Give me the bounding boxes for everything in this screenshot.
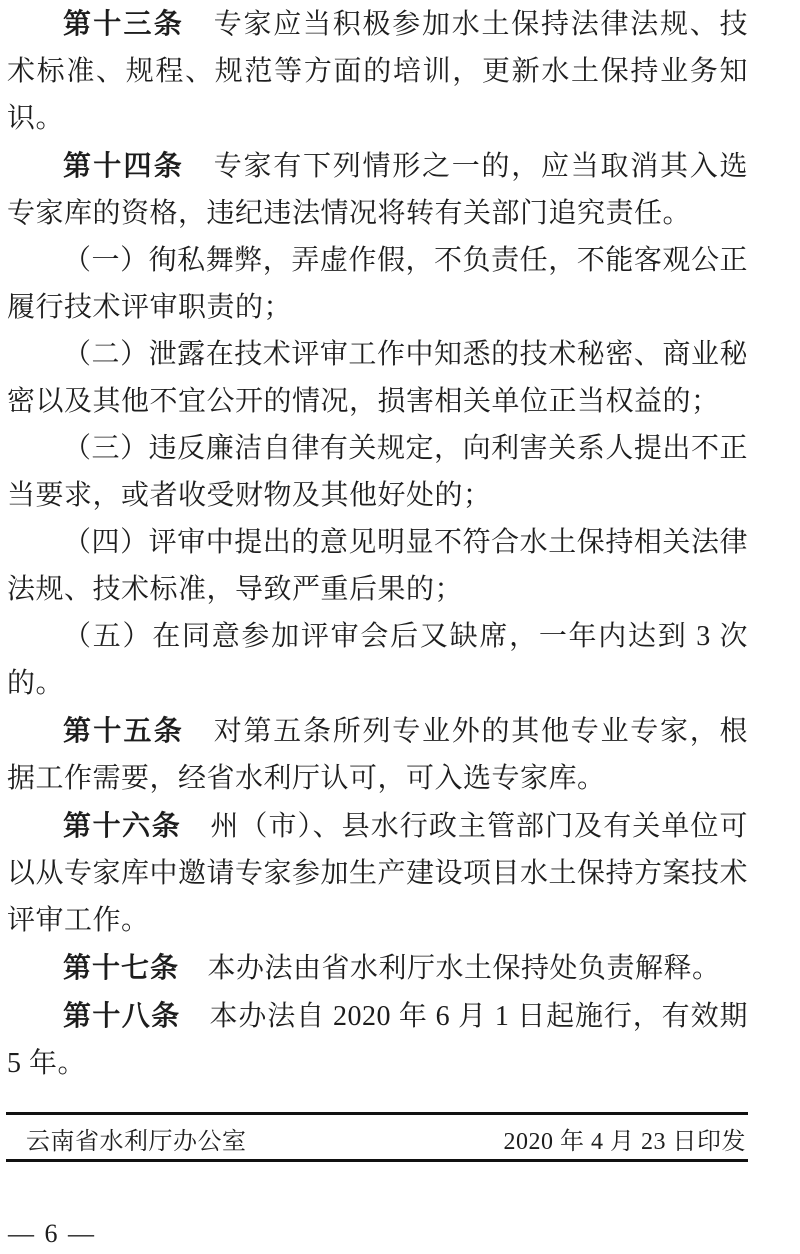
article-paragraph: 第十四条 专家有下列情形之一的，应当取消其入选专家库的资格，违纪违法情况将转有关… [7,142,748,237]
document-body: 第十三条 专家应当积极参加水土保持法律法规、技术标准、规程、规范等方面的培训，更… [7,0,748,1087]
page-number: — 6 — [8,1220,96,1248]
article-number: 第十七条 [63,952,179,983]
article-number: 第十六条 [63,810,181,841]
list-item-paragraph: （四）评审中提出的意见明显不符合水土保持相关法律法规、技术标准，导致严重后果的； [7,519,748,613]
document-page: 第十三条 专家应当积极参加水土保持法律法规、技术标准、规程、规范等方面的培训，更… [0,0,800,1254]
footer-issuer: 云南省水利厅办公室 [26,1127,247,1158]
list-item-paragraph: （五）在同意参加评审会后又缺席，一年内达到 3 次的。 [7,613,748,707]
article-paragraph: 第十五条 对第五条所列专业外的其他专业专家，根据工作需要，经省水利厅认可，可入选… [7,707,748,802]
footer-rule-bottom [6,1159,748,1162]
article-paragraph: 第十三条 专家应当积极参加水土保持法律法规、技术标准、规程、规范等方面的培训，更… [7,0,748,142]
article-separator [184,716,214,747]
article-text: （二）泄露在技术评审工作中知悉的技术秘密、商业秘密以及其他不宜公开的情况，损害相… [7,339,748,417]
article-separator [179,953,208,984]
article-number: 第十五条 [63,715,184,746]
footer: 云南省水利厅办公室 2020 年 4 月 23 日印发 [6,1127,748,1158]
article-separator [184,9,214,40]
article-text: 本办法由省水利厅水土保持处负责解释。 [208,953,721,984]
article-number: 第十四条 [63,150,184,181]
article-number: 第十八条 [63,1000,181,1031]
article-separator [184,151,214,182]
article-text: （四）评审中提出的意见明显不符合水土保持相关法律法规、技术标准，导致严重后果的； [7,527,748,605]
article-paragraph: 第十六条 州（市）、县水行政主管部门及有关单位可以从专家库中邀请专家参加生产建设… [7,802,748,944]
article-number: 第十三条 [63,8,184,39]
footer-rule-top [6,1112,748,1115]
article-separator [181,1001,210,1032]
list-item-paragraph: （二）泄露在技术评审工作中知悉的技术秘密、商业秘密以及其他不宜公开的情况，损害相… [7,331,748,425]
article-paragraph: 第十八条 本办法自 2020 年 6 月 1 日起施行，有效期 5 年。 [7,992,748,1087]
article-paragraph: 第十七条 本办法由省水利厅水土保持处负责解释。 [7,944,748,992]
list-item-paragraph: （三）违反廉洁自律有关规定，向利害关系人提出不正当要求，或者收受财物及其他好处的… [7,425,748,519]
article-text: （三）违反廉洁自律有关规定，向利害关系人提出不正当要求，或者收受财物及其他好处的… [7,433,748,511]
footer-print-date: 2020 年 4 月 23 日印发 [504,1127,747,1158]
article-separator [181,811,210,842]
list-item-paragraph: （一）徇私舞弊，弄虚作假，不负责任，不能客观公正履行技术评审职责的； [7,237,748,331]
article-text: （五）在同意参加评审会后又缺席，一年内达到 3 次的。 [7,621,748,699]
article-text: （一）徇私舞弊，弄虚作假，不负责任，不能客观公正履行技术评审职责的； [7,245,748,323]
